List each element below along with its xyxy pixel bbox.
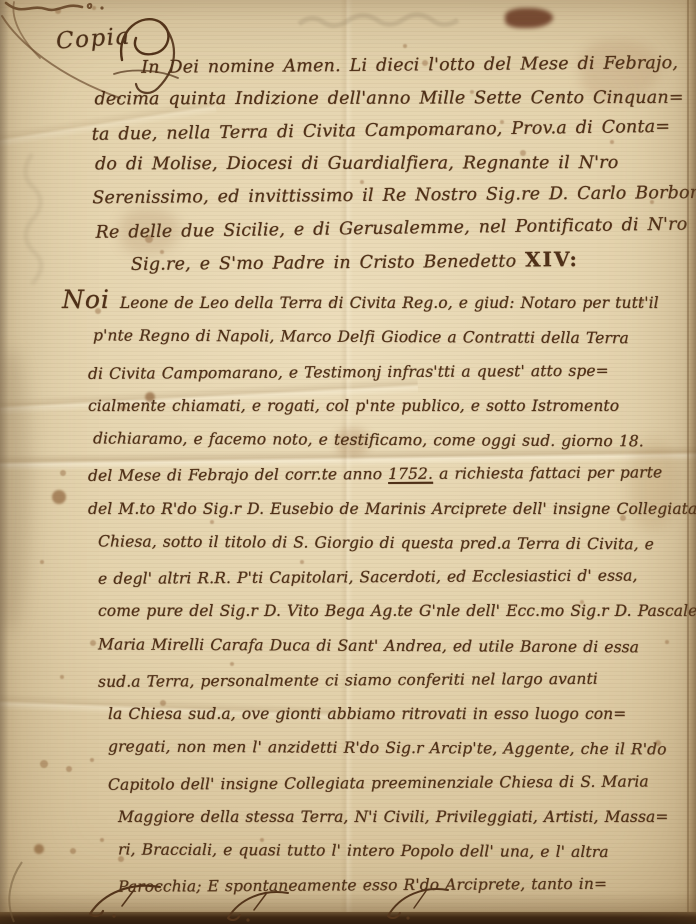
manuscript-line: Maggiore della stessa Terra, N'i Civili,… bbox=[118, 800, 696, 834]
manuscript-line: Chiesa, sotto il titolo di S. Giorgio di… bbox=[98, 524, 696, 561]
manuscript-line: gregati, non men l' anzidetti R'do Sig.r… bbox=[108, 730, 696, 767]
manuscript-line: di Civita Campomarano, e Testimonj infra… bbox=[88, 353, 696, 391]
ink-stain bbox=[505, 8, 553, 28]
manuscript-line: Capitolo dell' insigne Collegiata preemi… bbox=[108, 764, 696, 802]
manuscript-line: Maria Mirelli Carafa Duca di Sant' Andre… bbox=[98, 627, 696, 664]
manuscript-line: e degl' altri R.R. P'ti Capitolari, Sace… bbox=[98, 558, 696, 596]
emphasized-text: Noi bbox=[62, 285, 120, 314]
manuscript-line: del M.to R'do Sig.r D. Eusebio de Marini… bbox=[88, 492, 696, 526]
copy-heading: Copia bbox=[55, 23, 131, 54]
line-text: Leone de Leo della Terra di Civita Reg.o… bbox=[120, 294, 659, 312]
emphasized-text: XIV: bbox=[525, 247, 579, 271]
emphasized-text: 1752. bbox=[388, 465, 433, 483]
manuscript-line: ri, Bracciali, e quasi tutto l' intero P… bbox=[118, 832, 696, 869]
manuscript-line: Noi Leone de Leo della Terra di Civita R… bbox=[62, 283, 696, 320]
fox-spot bbox=[55, 8, 61, 14]
manuscript-line: del Mese di Febrajo del corr.te anno 175… bbox=[88, 455, 696, 493]
line-text: Sig.re, e S'mo Padre in Cristo Benedetto bbox=[131, 251, 525, 274]
photo-bottom-edge bbox=[0, 912, 696, 924]
manuscript-line: In Dei nomine Amen. Li dieci l'otto del … bbox=[91, 47, 695, 85]
manuscript-line: ta due, nella Terra di Civita Campomaran… bbox=[92, 110, 696, 151]
manuscript-line: decima quinta Indizione dell'anno Mille … bbox=[94, 81, 695, 115]
fox-spot bbox=[403, 44, 407, 48]
manuscript-line: la Chiesa sud.a, ove gionti abbiamo ritr… bbox=[108, 697, 696, 731]
line-text: del Mese di Febrajo del corr.te anno bbox=[88, 465, 388, 485]
manuscript-line: Parocchia; E spontaneamente esso R'do Ar… bbox=[118, 866, 696, 904]
line-text: a richiesta fattaci per parte bbox=[433, 464, 662, 483]
fox-spot bbox=[92, 6, 96, 10]
main-paragraph: Noi Leone de Leo della Terra di Civita R… bbox=[0, 283, 696, 903]
bleedthrough-marks bbox=[295, 6, 485, 36]
manuscript-line: do di Molise, Diocesi di Guardialfiera, … bbox=[95, 146, 696, 180]
manuscript-line: p'nte Regno di Napoli, Marco Delfi Giodi… bbox=[93, 319, 696, 356]
manuscript-line: sud.a Terra, personalmente ci siamo conf… bbox=[98, 661, 696, 699]
manuscript-line: come pure del Sig.r D. Vito Bega Ag.te G… bbox=[98, 594, 696, 628]
manuscript-page: Copia In Dei nomine Amen. Li dieci l'ott… bbox=[0, 0, 696, 924]
opening-paragraph: In Dei nomine Amen. Li dieci l'otto del … bbox=[0, 47, 696, 283]
manuscript-line: dichiaramo, e facemo noto, e testificamo… bbox=[93, 421, 696, 458]
manuscript-line: cialmente chiamati, e rogati, col p'nte … bbox=[88, 389, 696, 423]
